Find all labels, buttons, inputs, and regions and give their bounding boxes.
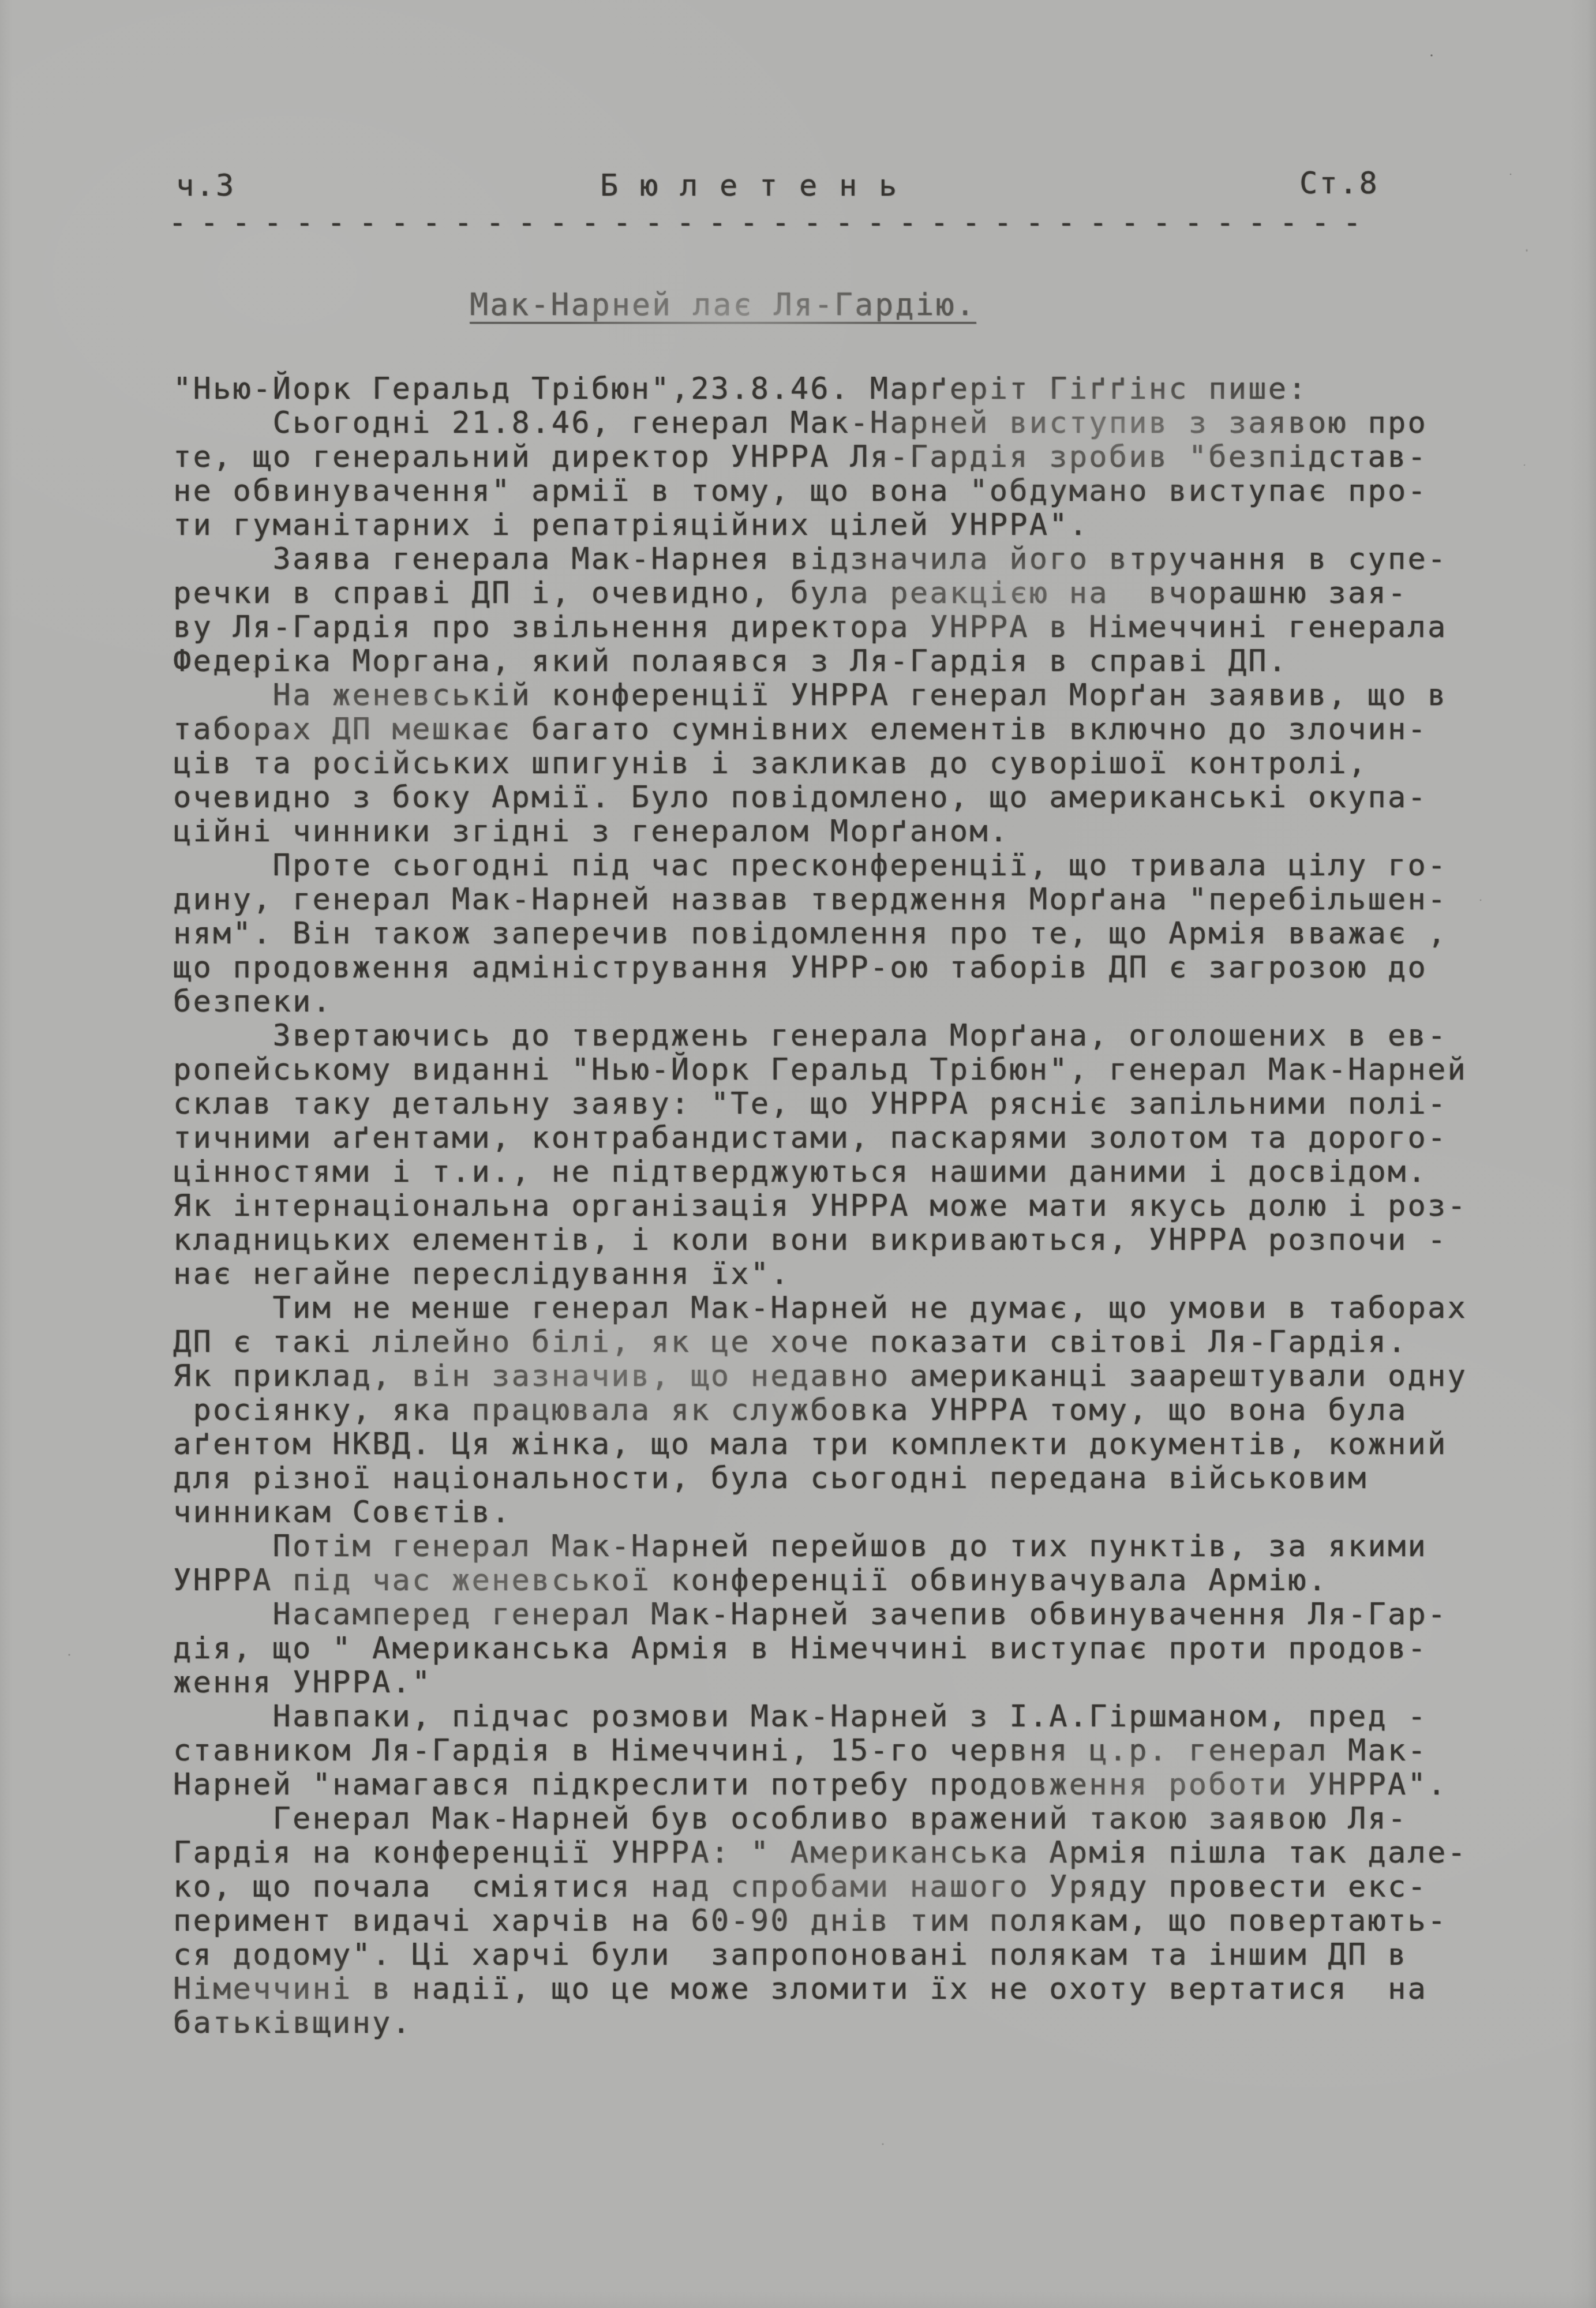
body-line: Генерал Мак-Нарней був особливо вражений…	[173, 1802, 1467, 1836]
body-line: Нарней "намагався підкреслити потребу пр…	[173, 1768, 1467, 1802]
body-line: УНРРА під час женевської конференції обв…	[173, 1564, 1467, 1598]
body-line: Заява генерала Мак-Нарнея відзначила йог…	[173, 542, 1467, 576]
body-line: На женевській конференції УНРРА генерал …	[173, 679, 1467, 713]
body-line: росіянку, яка працювала як службовка УНР…	[173, 1393, 1467, 1427]
body-line: ву Ля-Гардія про звільнення директора УН…	[173, 610, 1467, 645]
body-line: перимент видачі харчів на 60-90 днів тим…	[173, 1904, 1467, 1938]
body-line: батьківщину.	[173, 2006, 1467, 2040]
article-title: Мак-Нарней лає Ля-Гардію.	[0, 287, 1521, 323]
body-line: ся додому". Ці харчі були запропоновані …	[173, 1938, 1467, 1972]
body-line: для різної національности, була сьогодні…	[173, 1462, 1467, 1496]
body-line: ропейському виданні "Нью-Йорк Геральд Тр…	[173, 1053, 1467, 1087]
body-line: Гардія на конференції УНРРА: " Американс…	[173, 1836, 1467, 1870]
body-line: склав таку детальну заяву: "Те, що УНРРА…	[173, 1087, 1467, 1121]
body-line: ко, що почала сміятися над спробами нашо…	[173, 1870, 1467, 1904]
body-line: Німеччині в надії, що це може зломити їх…	[173, 1972, 1467, 2006]
body-line: Сьогодні 21.8.46, генерал Мак-Нарней вис…	[173, 406, 1467, 440]
scanned-page: ч.3 Б ю л е т е н ь Ст.8 - - - - - - - -…	[0, 0, 1596, 2308]
body-line: кладницьких елементів, і коли вони викри…	[173, 1223, 1467, 1257]
article-body: "Нью-Йорк Геральд Трібюн",23.8.46. Марґе…	[173, 372, 1467, 2040]
body-line: ставником Ля-Гардія в Німеччині, 15-го ч…	[173, 1734, 1467, 1768]
body-line: Як приклад, він зазначив, що недавно аме…	[173, 1359, 1467, 1393]
body-line: Як інтернаціональна організація УНРРА мо…	[173, 1189, 1467, 1223]
body-line: "Нью-Йорк Геральд Трібюн",23.8.46. Марґе…	[173, 372, 1467, 406]
body-line: нає негайне переслідування їх".	[173, 1257, 1467, 1291]
body-line: таборах ДП мешкає багато сумнівних елеме…	[173, 713, 1467, 747]
body-line: дину, генерал Мак-Нарней назвав тверджен…	[173, 883, 1467, 917]
body-line: ження УНРРА."	[173, 1666, 1467, 1700]
body-line: не обвинувачення" армії в тому, що вона …	[173, 474, 1467, 508]
body-line: Навпаки, підчас розмови Мак-Нарней з І.А…	[173, 1700, 1467, 1734]
body-line: безпеки.	[173, 985, 1467, 1019]
page-number: Ст.8	[1299, 166, 1379, 201]
body-line: аґентом НКВД. Ця жінка, що мала три комп…	[173, 1427, 1467, 1462]
body-line: Тим не менше генерал Мак-Нарней не думає…	[173, 1291, 1467, 1325]
body-line: Потім генерал Мак-Нарней перейшов до тих…	[173, 1530, 1467, 1564]
body-line: ців та російських шпигунів і закликав до…	[173, 747, 1467, 781]
masthead-title: Б ю л е т е н ь	[600, 168, 899, 203]
body-line: речки в справі ДП і, очевидно, була реак…	[173, 576, 1467, 610]
body-line: чинникам Совєтів.	[173, 1496, 1467, 1530]
body-line: ням". Він також заперечив повідомлення п…	[173, 917, 1467, 951]
body-line: тичними аґентами, контрабандистами, паск…	[173, 1121, 1467, 1155]
issue-number: ч.3	[176, 168, 236, 203]
body-line: ДП є такі лілейно білі, як це хоче показ…	[173, 1325, 1467, 1359]
body-line: дія, що " Американська Армія в Німеччині…	[173, 1632, 1467, 1666]
body-line: що продовження адміністрування УНРР-ою т…	[173, 951, 1467, 985]
body-line: очевидно з боку Армії. Було повідомлено,…	[173, 781, 1467, 815]
body-line: цінностями і т.и., не підтверджуються на…	[173, 1155, 1467, 1189]
body-line: те, що генеральний директор УНРРА Ля-Гар…	[173, 440, 1467, 474]
typed-divider: - - - - - - - - - - - - - - - - - - - - …	[168, 205, 1359, 240]
body-line: Звертаючись до тверджень генерала Морґан…	[173, 1019, 1467, 1053]
body-line: Федеріка Моргана, який полаявся з Ля-Гар…	[173, 645, 1467, 679]
body-line: ційні чинники згідні з генералом Морґано…	[173, 815, 1467, 849]
body-line: Насамперед генерал Мак-Нарней зачепив об…	[173, 1598, 1467, 1632]
body-line: ти гуманітарних і репатріяційних цілей У…	[173, 508, 1467, 542]
body-line: Проте сьогодні під час пресконференції, …	[173, 849, 1467, 883]
